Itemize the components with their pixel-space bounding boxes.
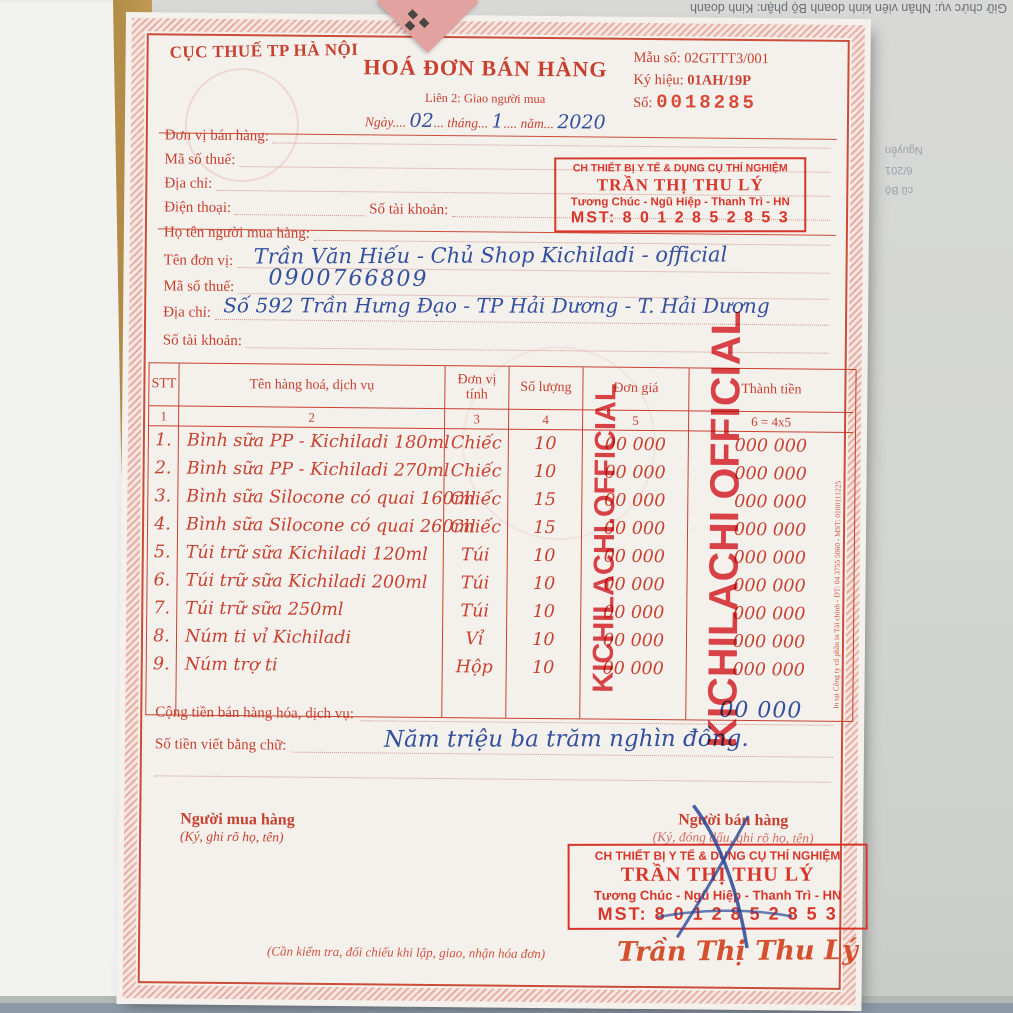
col-header-stt: STT bbox=[149, 363, 179, 406]
row-stt: 4. bbox=[148, 510, 178, 538]
row-unit: Hộp bbox=[443, 653, 507, 682]
buyer-signature-block: Người mua hàng (Ký, ghi rõ họ, tên) bbox=[180, 811, 295, 846]
row-unit: Túi bbox=[443, 597, 507, 626]
row-name: Túi trữ sữa 250ml bbox=[177, 595, 443, 626]
col-number: 4 bbox=[509, 410, 583, 431]
row-name: Bình sữa PP - Kichiladi 180ml bbox=[179, 427, 445, 458]
copy-note: Liên 2: Giao người mua bbox=[355, 90, 615, 107]
col-header-unit: Đơn vị tính bbox=[445, 366, 509, 410]
row-qty: 15 bbox=[508, 514, 582, 543]
amount-in-words-value: Năm triệu ba trăm nghìn đồng. bbox=[384, 726, 749, 753]
dotted-rule bbox=[155, 775, 831, 782]
number-label: Số: bbox=[633, 95, 652, 111]
printer-info: In tại Công ty cổ phần in Tài chính - ĐT… bbox=[831, 449, 841, 709]
year-label: năm bbox=[520, 116, 543, 131]
day-label: Ngày bbox=[365, 114, 393, 129]
background-text: Nguyễn bbox=[885, 140, 1005, 160]
row-stt: 9. bbox=[147, 650, 177, 678]
brand-watermark-1: KICHILACHI.OFFICIAL bbox=[587, 383, 623, 693]
buyer-signature-title: Người mua hàng bbox=[180, 811, 295, 830]
pen-signature bbox=[597, 797, 819, 959]
col-number: 1 bbox=[149, 406, 179, 426]
row-unit: Túi bbox=[444, 541, 508, 570]
seller-account-label: Số tài khoản: bbox=[369, 201, 448, 219]
brand-watermark-2: KICHILACHI OFFICIAL bbox=[699, 310, 750, 748]
total-label: Cộng tiền bán hàng hóa, dịch vụ: bbox=[155, 704, 354, 723]
buyer-account-label: Số tài khoản: bbox=[163, 332, 242, 350]
row-name: Túi trữ sữa Kichiladi 120ml bbox=[178, 539, 444, 570]
row-name: Túi trữ sữa Kichiladi 200ml bbox=[177, 567, 443, 598]
row-stt: 5. bbox=[148, 538, 178, 566]
row-qty: 10 bbox=[507, 598, 581, 627]
form-value: 02GTTT3/001 bbox=[684, 50, 769, 67]
form-label: Mẫu số: bbox=[634, 50, 681, 66]
serial-value: 01AH/19P bbox=[687, 72, 751, 89]
row-qty: 10 bbox=[507, 654, 581, 683]
row-stt: 1. bbox=[149, 426, 179, 454]
stamp-owner-name: TRẦN THỊ THU LÝ bbox=[562, 175, 798, 195]
row-name: Bình sữa PP - Kichiladi 270ml bbox=[178, 455, 444, 486]
row-qty: 10 bbox=[509, 430, 583, 459]
buyer-tax-value: 0900766809 bbox=[268, 265, 428, 292]
seller-name-label: Đơn vị bán hàng: bbox=[165, 127, 269, 145]
col-header-name: Tên hàng hoá, dịch vụ bbox=[179, 364, 445, 410]
background-text: 6/201 bbox=[885, 160, 1005, 180]
invoice-title: HOÁ ĐƠN BÁN HÀNG bbox=[355, 54, 615, 82]
row-name: Bình sữa Silocone có quai 160ml bbox=[178, 483, 444, 514]
buyer-address-label: Địa chỉ: bbox=[163, 304, 211, 321]
invoice-meta: Mẫu số: 02GTTT3/001 Ký hiệu: 01AH/19P Số… bbox=[633, 47, 864, 116]
col-number: 2 bbox=[179, 407, 445, 430]
month-label: tháng bbox=[447, 115, 478, 130]
month-value: 1 bbox=[491, 111, 503, 133]
row-qty: 15 bbox=[508, 486, 582, 515]
seller-phone-label: Điện thoại: bbox=[164, 199, 231, 217]
tax-office-name: CỤC THUẾ TP HÀ NỘI bbox=[169, 40, 358, 63]
background-sheet-right: Nguyễn 6/201 cũ Bộ bbox=[885, 140, 1005, 200]
buyer-company-label: Tên đơn vị: bbox=[164, 252, 234, 270]
col-header-qty: Số lượng bbox=[509, 367, 583, 411]
row-name: Bình sữa Silocone có quai 260ml bbox=[178, 511, 444, 542]
amount-in-words-label: Số tiền viết bằng chữ: bbox=[155, 736, 287, 754]
stamp-address: Tương Chúc - Ngũ Hiệp - Thanh Trì - HN bbox=[562, 196, 798, 208]
stamp-shop-type: CH THIẾT BỊ Y TẾ & DỤNG CỤ THÍ NGHIỆM bbox=[562, 162, 798, 174]
row-name: Núm ti vỉ Kichiladi bbox=[177, 623, 443, 654]
row-qty: 10 bbox=[508, 458, 582, 487]
seller-stamp: CH THIẾT BỊ Y TẾ & DỤNG CỤ THÍ NGHIỆM TR… bbox=[554, 157, 806, 232]
seller-address-label: Địa chỉ: bbox=[164, 175, 212, 192]
row-stt: 8. bbox=[147, 622, 177, 650]
seller-tax-label: Mã số thuế: bbox=[165, 151, 236, 169]
row-unit: Vỉ bbox=[443, 625, 507, 654]
row-unit: Chiếc bbox=[445, 429, 509, 458]
background-text: Giữ chức vụ: Nhân viên kinh doanh Bộ phậ… bbox=[690, 1, 1007, 15]
stamp-tax-code: MST: 8 0 1 2 8 5 2 8 5 3 bbox=[562, 209, 798, 227]
items-table: STT Tên hàng hoá, dịch vụ Đơn vị tính Số… bbox=[145, 362, 856, 722]
row-unit: Túi bbox=[443, 569, 507, 598]
row-unit: Chiếc bbox=[444, 485, 508, 514]
row-qty: 10 bbox=[507, 626, 581, 655]
row-unit: Chiếc bbox=[444, 513, 508, 542]
day-value: 02 bbox=[410, 110, 434, 132]
buyer-signature-note: (Ký, ghi rõ họ, tên) bbox=[180, 829, 295, 846]
row-stt: 3. bbox=[148, 482, 178, 510]
row-stt: 6. bbox=[147, 566, 177, 594]
buyer-company-value: Trần Văn Hiếu - Chủ Shop Kichiladi - off… bbox=[254, 242, 728, 268]
buyer-address-value: Số 592 Trần Hưng Đạo - TP Hải Dương - T.… bbox=[223, 293, 769, 317]
row-qty: 10 bbox=[508, 542, 582, 571]
col-number: 3 bbox=[445, 409, 509, 430]
serial-label: Ký hiệu: bbox=[633, 72, 683, 88]
invoice-number: 0018285 bbox=[656, 91, 757, 114]
row-unit: Chiếc bbox=[444, 457, 508, 486]
row-qty: 10 bbox=[507, 570, 581, 599]
buyer-name-label: Họ tên người mua hàng: bbox=[164, 224, 310, 242]
row-name: Núm trợ ti bbox=[177, 651, 443, 682]
invoice-paper: CỤC THUẾ TP HÀ NỘI HOÁ ĐƠN BÁN HÀNG Liên… bbox=[116, 12, 870, 1011]
background-text: cũ Bộ bbox=[885, 180, 1005, 200]
row-stt: 7. bbox=[147, 594, 177, 622]
row-stt: 2. bbox=[148, 454, 178, 482]
